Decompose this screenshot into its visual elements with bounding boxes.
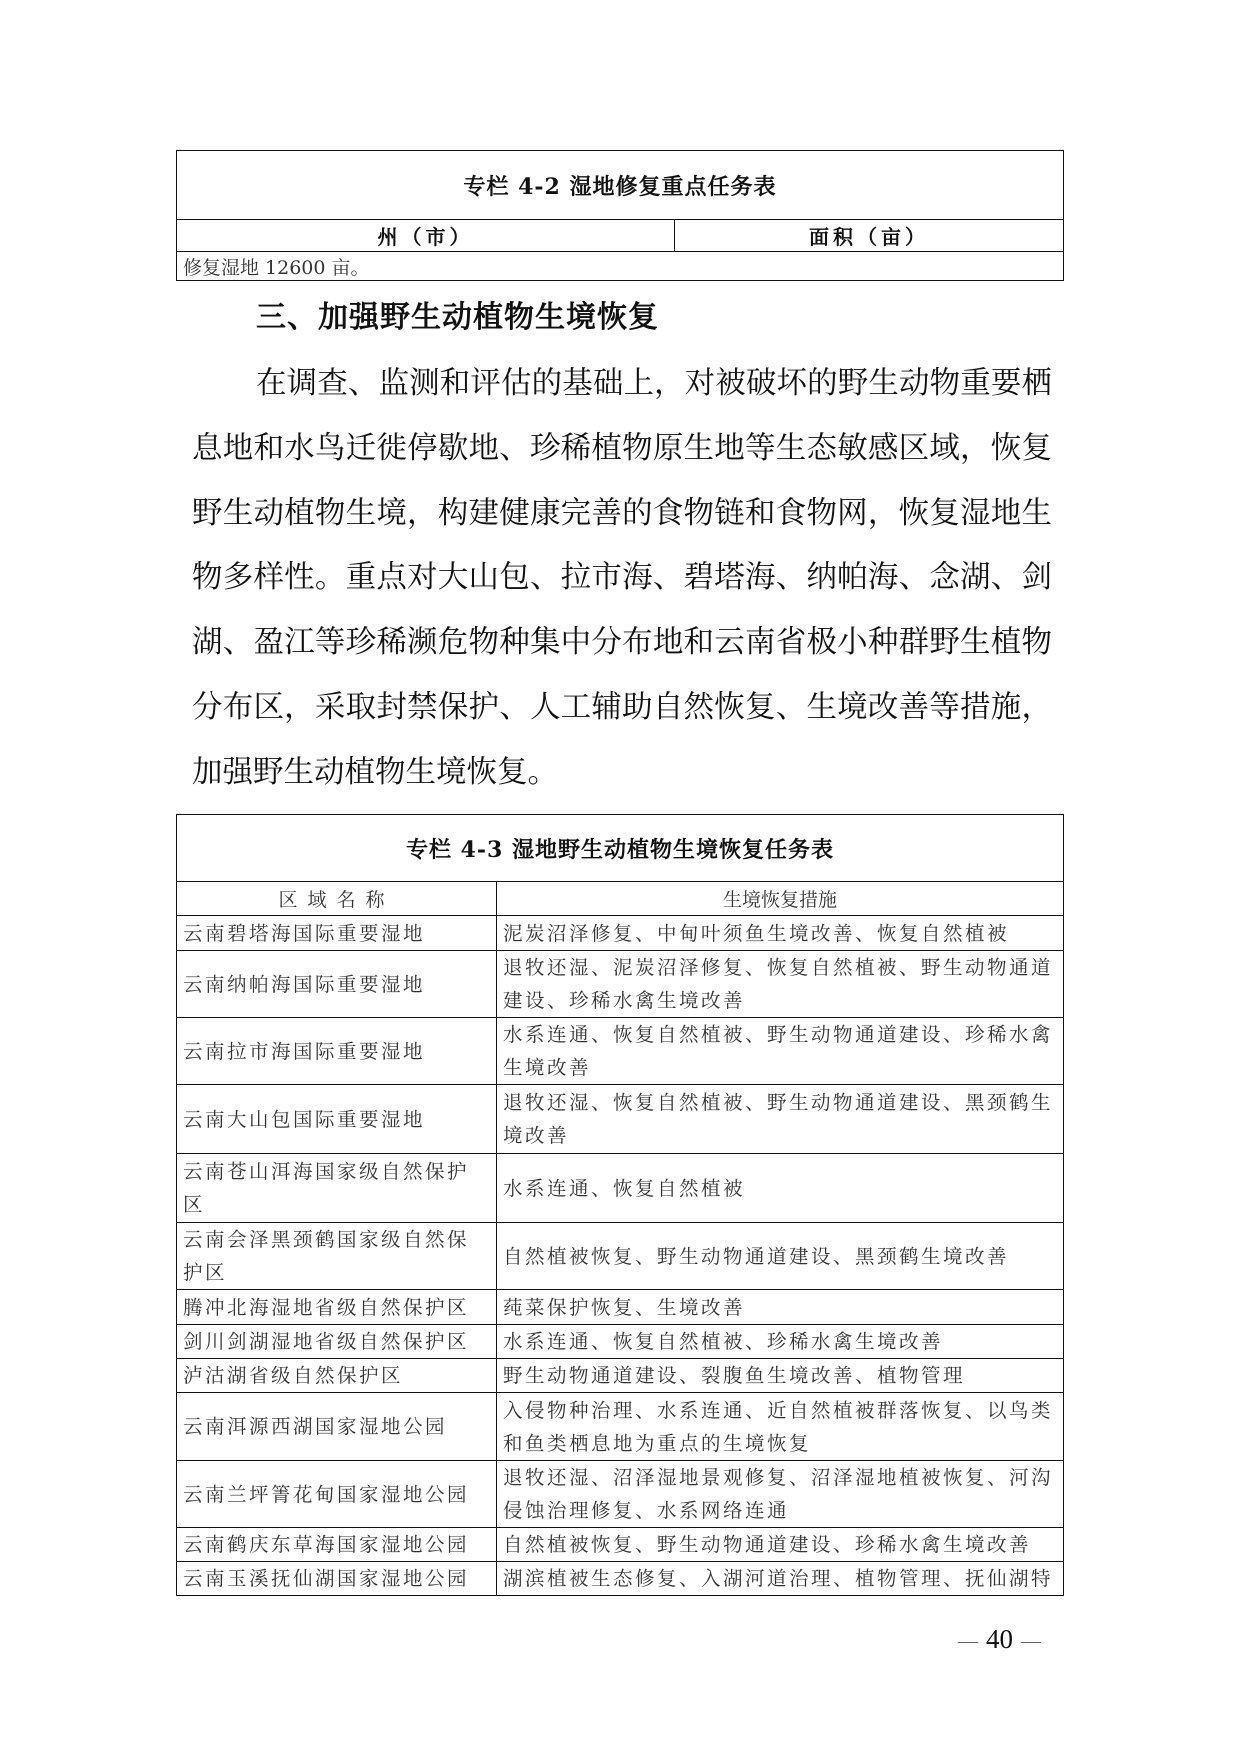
paragraph: 在调查、监测和评估的基础上，对被破坏的野生动物重要栖息地和水鸟迁徙停歇地、珍稀植… xyxy=(192,352,1052,806)
table-title: 专栏 4-3 湿地野生动植物生境恢复任务表 xyxy=(177,815,1064,882)
column-header-area: 面积（亩） xyxy=(675,220,1064,252)
measures-cell: 入侵物种治理、水系连通、近自然植被群落恢复、以鸟类和鱼类栖息地为重点的生境恢复 xyxy=(497,1393,1064,1461)
measures-cell: 自然植被恢复、野生动物通道建设、珍稀水禽生境改善 xyxy=(497,1528,1064,1562)
table-row: 云南玉溪抚仙湖国家湿地公园 湖滨植被生态修复、入湖河道治理、植物管理、抚仙湖特 xyxy=(177,1562,1064,1596)
measures-cell: 野生动物通道建设、裂腹鱼生境改善、植物管理 xyxy=(497,1359,1064,1393)
measures-cell: 泥炭沼泽修复、中甸叶须鱼生境改善、恢复自然植被 xyxy=(497,916,1064,951)
dash-left: — xyxy=(950,1630,986,1652)
dash-right: — xyxy=(1013,1630,1049,1652)
measures-cell: 水系连通、恢复自然植被、野生动物通道建设、珍稀水禽生境改善 xyxy=(497,1018,1064,1085)
table-row: 云南鹤庆东草海国家湿地公园 自然植被恢复、野生动物通道建设、珍稀水禽生境改善 xyxy=(177,1528,1064,1562)
page-number: —40— xyxy=(950,1624,1049,1655)
table-row: 云南苍山洱海国家级自然保护区 水系连通、恢复自然植被 xyxy=(177,1154,1064,1223)
area-name-cell: 云南大山包国际重要湿地 xyxy=(177,1085,497,1154)
area-name-cell: 云南会泽黑颈鹤国家级自然保护区 xyxy=(177,1223,497,1290)
area-name-cell: 云南苍山洱海国家级自然保护区 xyxy=(177,1154,497,1223)
measures-cell: 湖滨植被生态修复、入湖河道治理、植物管理、抚仙湖特 xyxy=(497,1562,1064,1596)
measures-cell: 退牧还湿、恢复自然植被、野生动物通道建设、黑颈鹤生境改善 xyxy=(497,1085,1064,1154)
table-row: 云南兰坪箐花甸国家湿地公园 退牧还湿、沼泽湿地景观修复、沼泽湿地植被恢复、河沟侵… xyxy=(177,1461,1064,1528)
column-header-prefecture: 州（市） xyxy=(177,220,675,252)
table-row: 云南碧塔海国际重要湿地 泥炭沼泽修复、中甸叶须鱼生境改善、恢复自然植被 xyxy=(177,916,1064,951)
area-name-cell: 泸沽湖省级自然保护区 xyxy=(177,1359,497,1393)
table-row: 云南纳帕海国际重要湿地 退牧还湿、泥炭沼泽修复、恢复自然植被、野生动物通道建设、… xyxy=(177,951,1064,1018)
area-name-cell: 云南兰坪箐花甸国家湿地公园 xyxy=(177,1461,497,1528)
area-name-cell: 云南鹤庆东草海国家湿地公园 xyxy=(177,1528,497,1562)
section-body: 在调查、监测和评估的基础上，对被破坏的野生动物重要栖息地和水鸟迁徙停歇地、珍稀植… xyxy=(192,352,1052,806)
table-row: 剑川剑湖湿地省级自然保护区 水系连通、恢复自然植被、珍稀水禽生境改善 xyxy=(177,1325,1064,1359)
table-row: 腾冲北海湿地省级自然保护区 莼菜保护恢复、生境改善 xyxy=(177,1290,1064,1325)
area-name-cell: 云南拉市海国际重要湿地 xyxy=(177,1018,497,1085)
page-number-value: 40 xyxy=(986,1624,1013,1654)
measures-cell: 自然植被恢复、野生动物通道建设、黑颈鹤生境改善 xyxy=(497,1223,1064,1290)
area-name-cell: 腾冲北海湿地省级自然保护区 xyxy=(177,1290,497,1325)
table-row: 云南拉市海国际重要湿地 水系连通、恢复自然植被、野生动物通道建设、珍稀水禽生境改… xyxy=(177,1018,1064,1085)
table-4-3: 专栏 4-3 湿地野生动植物生境恢复任务表 区域名称 生境恢复措施 云南碧塔海国… xyxy=(176,814,1064,1596)
measures-cell: 水系连通、恢复自然植被 xyxy=(497,1154,1064,1223)
measures-cell: 莼菜保护恢复、生境改善 xyxy=(497,1290,1064,1325)
measures-cell: 退牧还湿、沼泽湿地景观修复、沼泽湿地植被恢复、河沟侵蚀治理修复、水系网络连通 xyxy=(497,1461,1064,1528)
area-name-cell: 剑川剑湖湿地省级自然保护区 xyxy=(177,1325,497,1359)
table-row: 云南会泽黑颈鹤国家级自然保护区 自然植被恢复、野生动物通道建设、黑颈鹤生境改善 xyxy=(177,1223,1064,1290)
section-heading: 三、加强野生动植物生境恢复 xyxy=(256,292,659,336)
area-name-cell: 云南纳帕海国际重要湿地 xyxy=(177,951,497,1018)
table-row: 云南大山包国际重要湿地 退牧还湿、恢复自然植被、野生动物通道建设、黑颈鹤生境改善 xyxy=(177,1085,1064,1154)
area-name-cell: 云南玉溪抚仙湖国家湿地公园 xyxy=(177,1562,497,1596)
table-body-text: 修复湿地 12600 亩。 xyxy=(177,252,1064,281)
table-4-2: 专栏 4-2 湿地修复重点任务表 州（市） 面积（亩） 修复湿地 12600 亩… xyxy=(176,150,1064,281)
column-header-measures: 生境恢复措施 xyxy=(497,882,1064,916)
area-name-cell: 云南碧塔海国际重要湿地 xyxy=(177,916,497,951)
table-row: 云南洱源西湖国家湿地公园 入侵物种治理、水系连通、近自然植被群落恢复、以鸟类和鱼… xyxy=(177,1393,1064,1461)
measures-cell: 水系连通、恢复自然植被、珍稀水禽生境改善 xyxy=(497,1325,1064,1359)
column-header-area-name: 区域名称 xyxy=(177,882,497,916)
area-name-cell: 云南洱源西湖国家湿地公园 xyxy=(177,1393,497,1461)
measures-cell: 退牧还湿、泥炭沼泽修复、恢复自然植被、野生动物通道建设、珍稀水禽生境改善 xyxy=(497,951,1064,1018)
table-title: 专栏 4-2 湿地修复重点任务表 xyxy=(177,151,1064,220)
table-row: 泸沽湖省级自然保护区 野生动物通道建设、裂腹鱼生境改善、植物管理 xyxy=(177,1359,1064,1393)
